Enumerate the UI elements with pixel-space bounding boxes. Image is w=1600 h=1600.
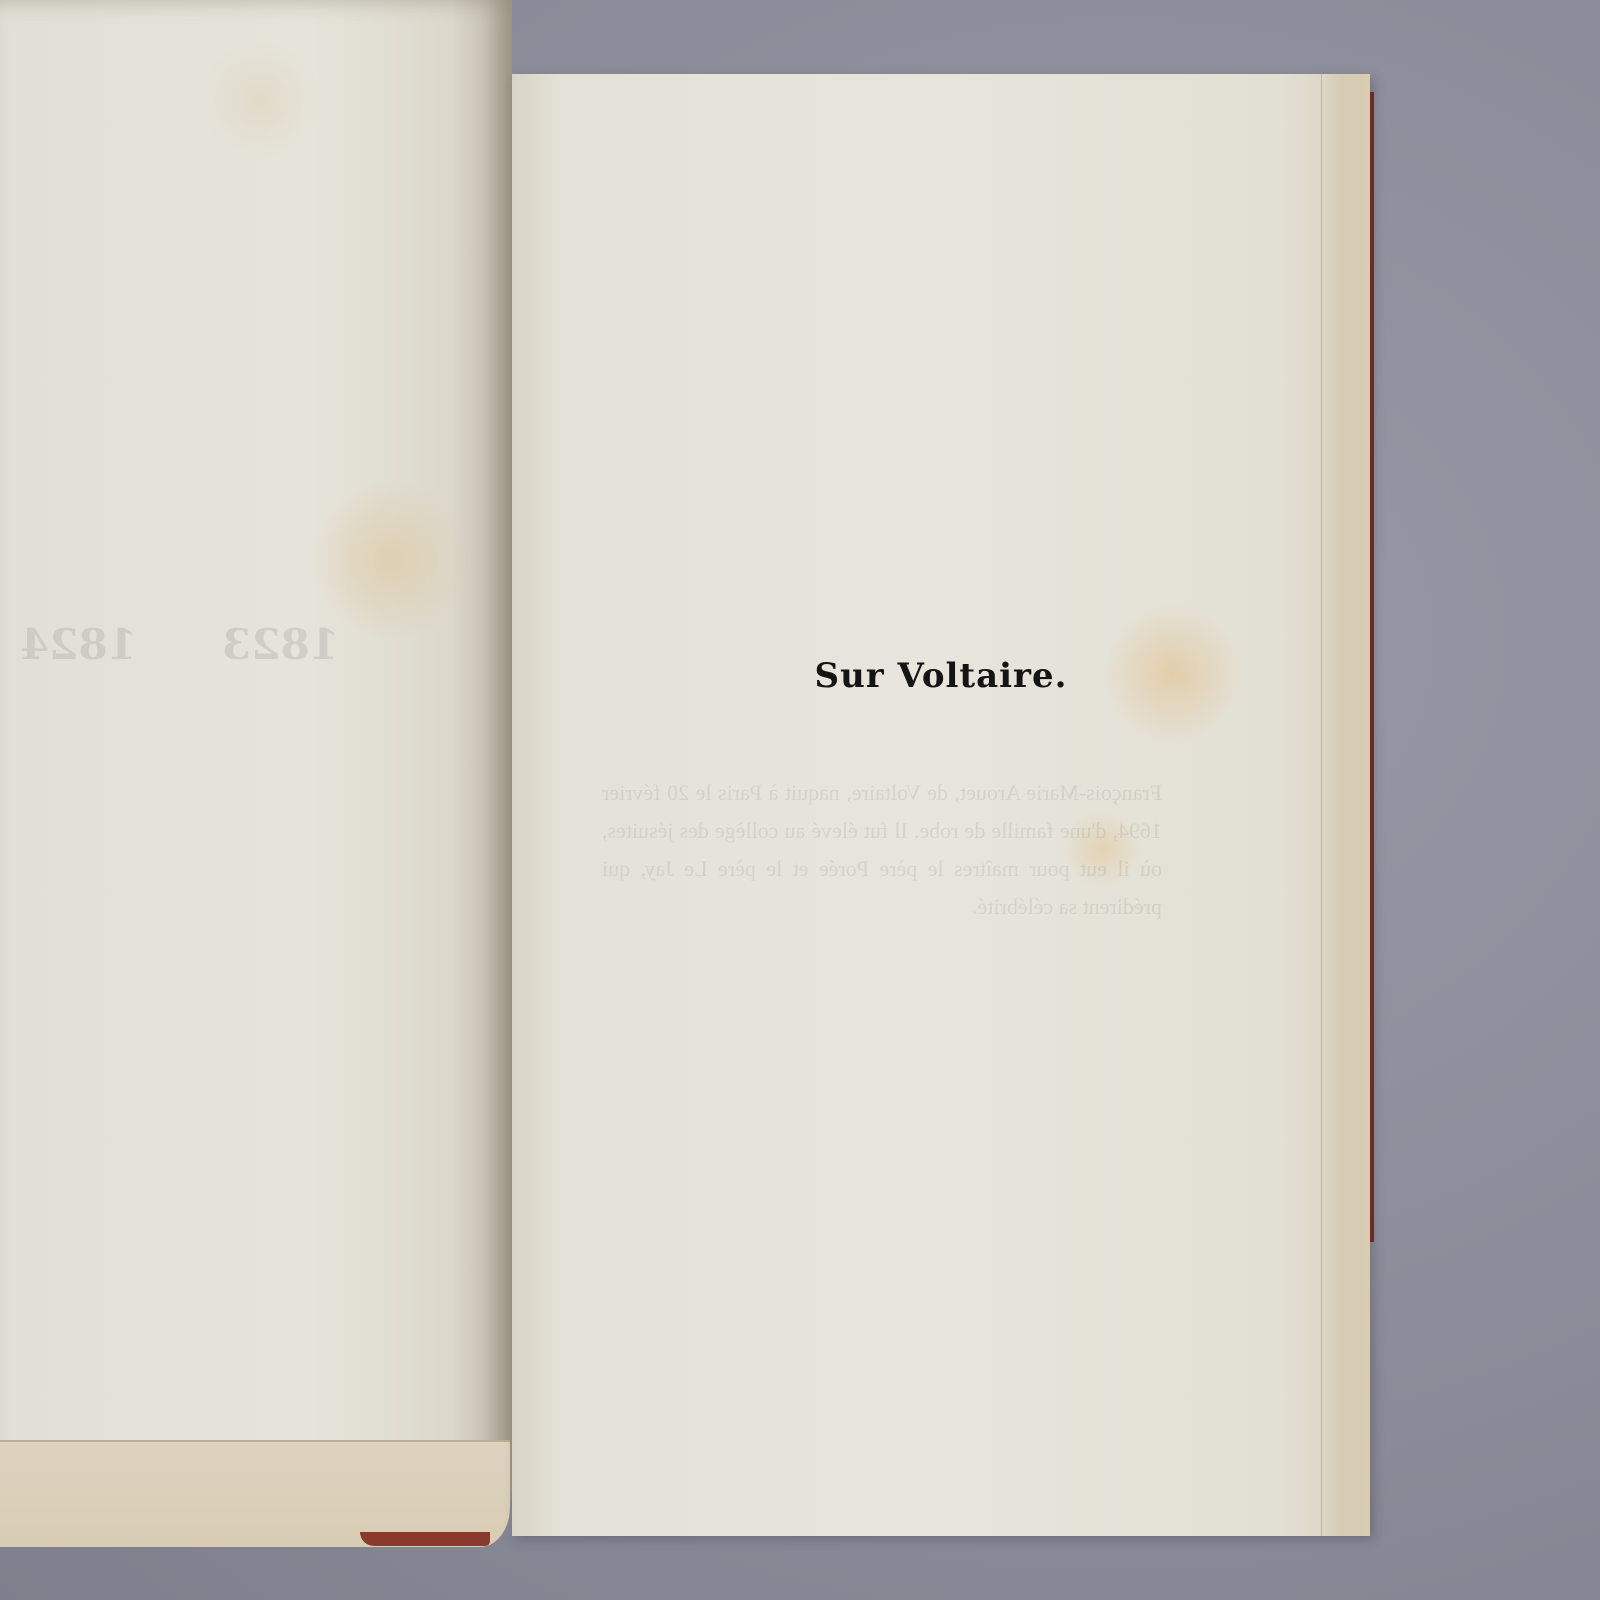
book-cover-edge (360, 1532, 490, 1546)
right-page: Sur Voltaire. François-Marie Arouet, de … (512, 74, 1370, 1536)
bleed-through-year: 1823 (222, 620, 339, 669)
bleed-through-text: François-Marie Arouet, de Voltaire, naqu… (602, 774, 1162, 926)
page-fore-edge (1321, 74, 1370, 1536)
left-page-underlayer (0, 1440, 510, 1547)
bleed-through-year: 1824 (20, 620, 137, 669)
left-page: 1823 1824 (0, 0, 512, 1545)
page-title: Sur Voltaire. (512, 656, 1370, 696)
photo-scene: 1823 1824 Sur Voltaire. François-Marie A… (0, 0, 1600, 1600)
